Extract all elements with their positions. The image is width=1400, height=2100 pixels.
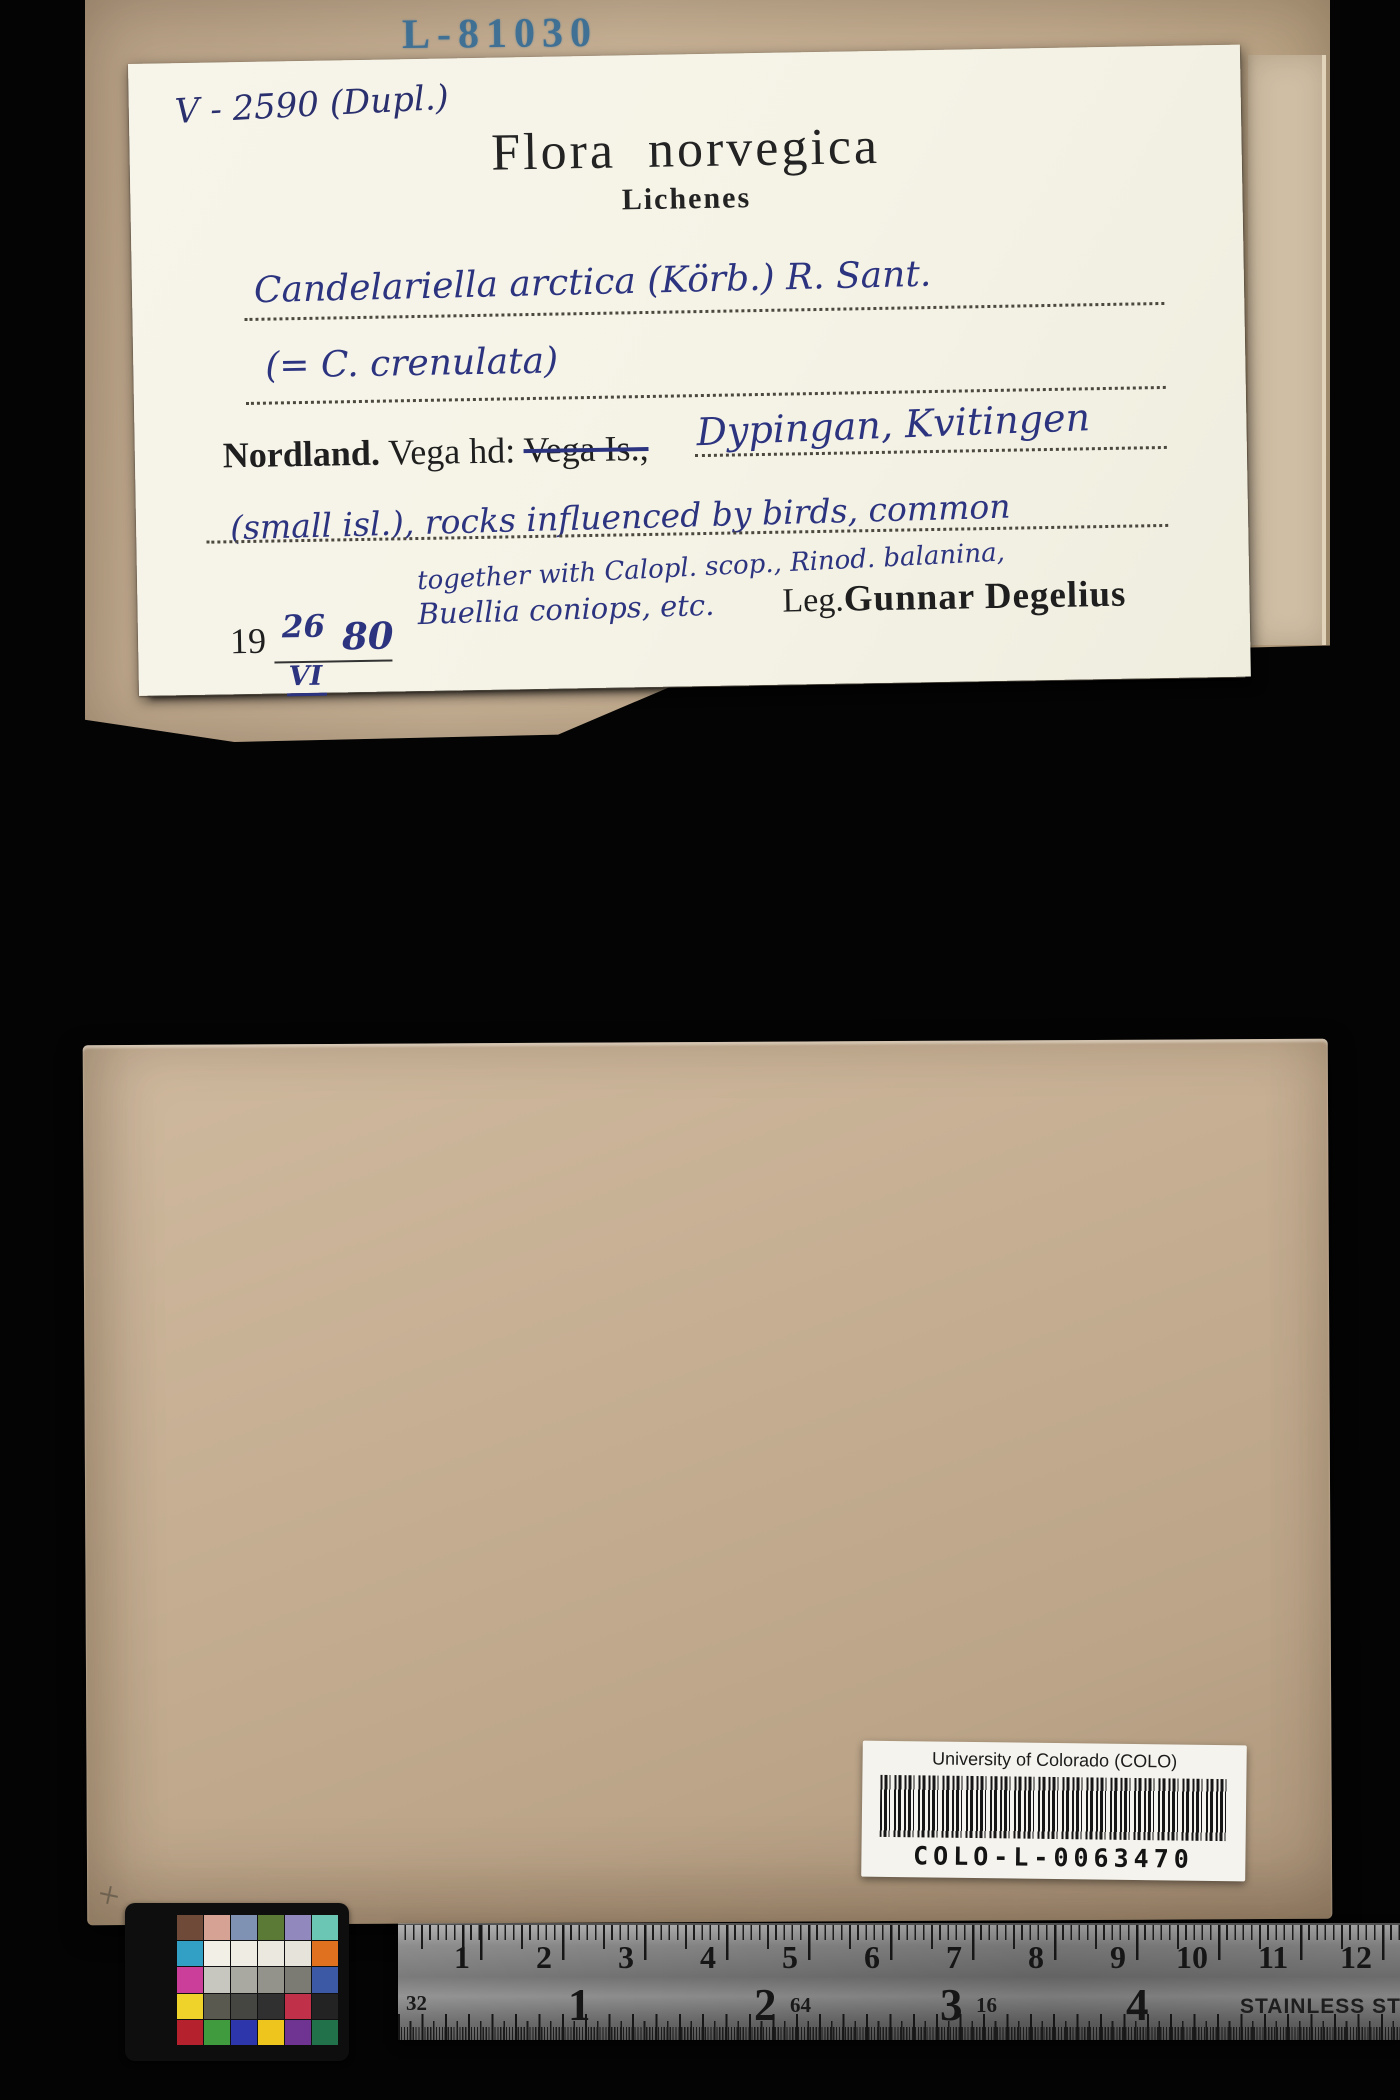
- color-patch: [258, 1941, 284, 1966]
- color-patch: [231, 1994, 257, 2019]
- ruler-brand-text: STAINLESS STEEL: [1240, 1995, 1400, 2019]
- color-patch: [258, 1994, 284, 2019]
- color-patch: [177, 1915, 203, 1940]
- barcode: [880, 1775, 1229, 1841]
- color-patch: [312, 1941, 338, 1966]
- color-patch: [204, 1994, 230, 2019]
- color-patch: [285, 1915, 311, 1940]
- date-month: VI: [286, 661, 326, 697]
- color-patch: [177, 1994, 203, 2019]
- ruler-number: 8: [1028, 1939, 1044, 1976]
- color-patch: [312, 2020, 338, 2045]
- district-label: Vega hd:: [388, 430, 516, 472]
- specimen-photo: L-81030 V - 2590 (Dupl.) Flora norvegica…: [0, 0, 1400, 2100]
- ruler-number: 5: [782, 1939, 798, 1976]
- region-name: Nordland.: [222, 433, 380, 476]
- color-patch: [204, 1941, 230, 1966]
- color-patch: [312, 1915, 338, 1940]
- accession-stamp: L-81030: [402, 9, 598, 59]
- ruler-number: 2: [536, 1939, 552, 1976]
- color-patch: [312, 1994, 338, 2019]
- ruler-number: 3: [618, 1939, 634, 1976]
- color-patch: [285, 1967, 311, 1992]
- collection-date: 19 26 VI 80: [230, 606, 451, 694]
- ruler-bottom-number: 3: [940, 1979, 963, 2031]
- collector-name: Gunnar Degelius: [843, 574, 1126, 620]
- ruler-bottom-number: 1: [568, 1979, 591, 2031]
- color-patch: [258, 1915, 284, 1940]
- ruler-number: 7: [946, 1939, 962, 1976]
- ruler-number: 4: [700, 1939, 716, 1976]
- ruler-number: 9: [1110, 1939, 1126, 1976]
- date-prefix: 19: [230, 620, 267, 663]
- color-checker-grid: [177, 1915, 338, 2045]
- ruler-number: 6: [864, 1939, 880, 1976]
- paper-edge-right: [1248, 55, 1326, 645]
- date-year: 80: [342, 613, 394, 658]
- color-patch: [258, 1967, 284, 1992]
- ruler-bottom-number: 2: [754, 1979, 777, 2031]
- color-patch: [231, 1941, 257, 1966]
- ruler-number: 11: [1258, 1939, 1288, 1976]
- ruler-number: 12: [1340, 1939, 1372, 1976]
- color-patch: [285, 2020, 311, 2045]
- color-patch: [285, 1994, 311, 2019]
- color-patch: [231, 2020, 257, 2045]
- color-patch: [204, 1967, 230, 1992]
- collector-row: Leg. Gunnar Degelius: [782, 573, 1127, 622]
- color-patch: [231, 1915, 257, 1940]
- ruler-bottom-number: 4: [1126, 1979, 1149, 2031]
- synonym-name: (= C. crenulata): [265, 341, 558, 387]
- pencil-plus-mark: [98, 1884, 119, 1905]
- color-patch: [285, 1941, 311, 1966]
- color-patch: [177, 2020, 203, 2045]
- specimen-label: V - 2590 (Dupl.) Flora norvegica Lichene…: [128, 45, 1251, 696]
- region-row: Nordland. Vega hd: Vega Is.,: [222, 427, 648, 476]
- color-patch: [231, 1967, 257, 1992]
- color-patch: [177, 1967, 203, 1992]
- barcode-label: University of Colorado (COLO) COLO-L-006…: [861, 1741, 1247, 1882]
- handwritten-accession: V - 2590 (Dupl.): [174, 78, 450, 132]
- color-patch: [312, 1967, 338, 1992]
- color-checker: [125, 1903, 349, 2061]
- struck-locality: Vega Is.,: [523, 428, 649, 470]
- ruler-number: 10: [1176, 1939, 1208, 1976]
- color-patch: [177, 1941, 203, 1966]
- color-patch: [204, 2020, 230, 2045]
- ruler: 1 2 3 4 5 6 7 8 9 10 11 12 1 2 3 4 32 64…: [398, 1925, 1400, 2040]
- handwritten-locality: Dypingan, Kvitingen: [696, 395, 1091, 454]
- ruler-number: 1: [454, 1939, 470, 1976]
- species-name: Candelariella arctica (Körb.) R. Sant.: [253, 254, 931, 312]
- institution-name: University of Colorado (COLO): [863, 1748, 1247, 1774]
- associates-line-2: Buellia coniops, etc.: [417, 588, 715, 631]
- ruler-fraction-label: 32: [406, 1991, 427, 2016]
- leg-label: Leg.: [782, 582, 844, 620]
- color-patch: [204, 1915, 230, 1940]
- ruler-fraction-label: 64: [790, 1993, 811, 2018]
- ruler-fraction-label: 16: [976, 1993, 997, 2018]
- date-day: 26: [282, 609, 326, 646]
- color-patch: [258, 2020, 284, 2045]
- barcode-number: COLO-L-0063470: [861, 1841, 1245, 1875]
